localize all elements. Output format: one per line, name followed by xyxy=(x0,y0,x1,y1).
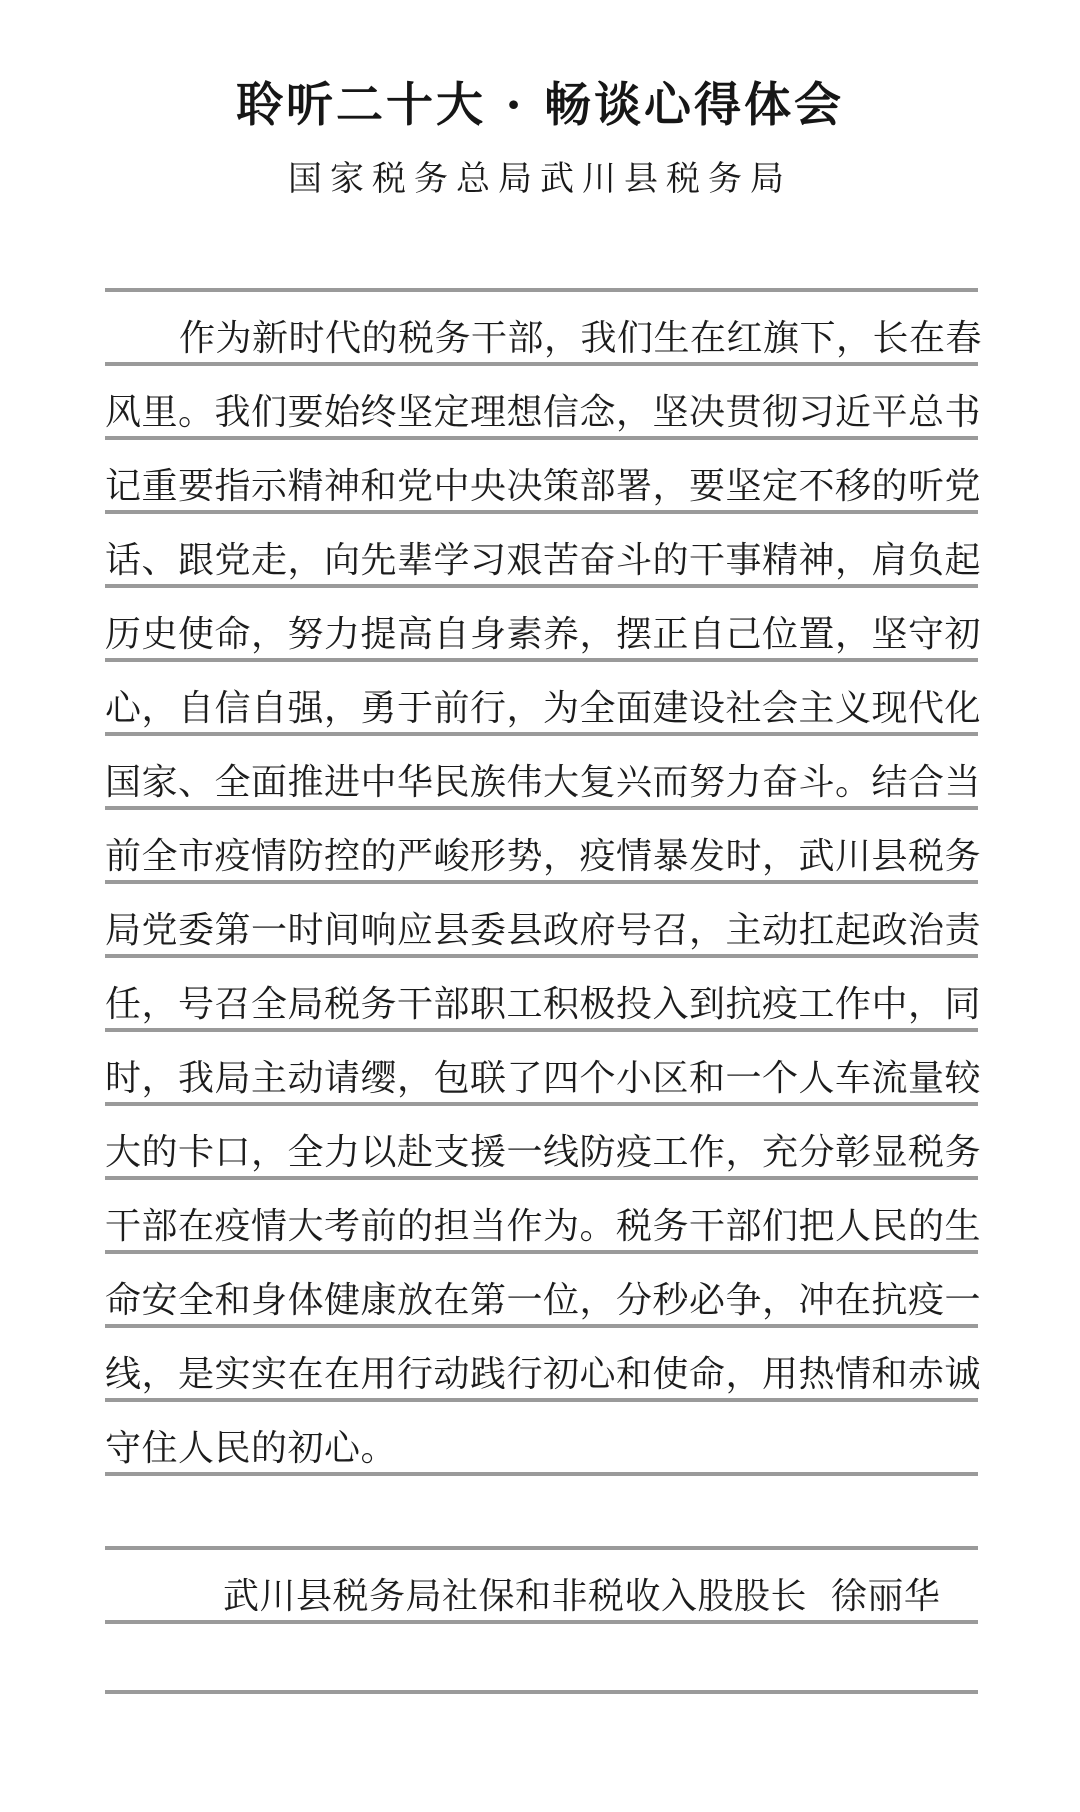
ruled-line: 干部在疫情大考前的担当作为。税务干部们把人民的生 xyxy=(105,1176,978,1250)
ruled-line: 心，自信自强，勇于前行，为全面建设社会主义现代化 xyxy=(105,658,978,732)
ruled-line: 前全市疫情防控的严峻形势，疫情暴发时，武川县税务 xyxy=(105,806,978,880)
line-text: 风里。我们要始终坚定理想信念，坚决贯彻习近平总书 xyxy=(105,391,978,436)
line-text: 国家、全面推进中华民族伟大复兴而努力奋斗。结合当 xyxy=(105,761,978,806)
line-text: 守住人民的初心。 xyxy=(105,1427,978,1472)
ruled-line-blank xyxy=(105,1472,978,1546)
line-text: 历史使命，努力提高自身素养，摆正自己位置，坚守初 xyxy=(105,613,978,658)
line-text: 命安全和身体健康放在第一位，分秒必争，冲在抗疫一 xyxy=(105,1279,978,1324)
line-text: 话、跟党走，向先辈学习艰苦奋斗的干事精神，肩负起 xyxy=(105,539,978,584)
ruled-line: 任，号召全局税务干部职工积极投入到抗疫工作中，同 xyxy=(105,954,978,1028)
ruled-line: 作为新时代的税务干部，我们生在红旗下，长在春 xyxy=(105,288,978,362)
line-text: 局党委第一时间响应县委县政府号召，主动扛起政治责 xyxy=(105,909,978,954)
line-text: 作为新时代的税务干部，我们生在红旗下，长在春 xyxy=(105,317,978,362)
ruled-line: 话、跟党走，向先辈学习艰苦奋斗的干事精神，肩负起 xyxy=(105,510,978,584)
ruled-line-signature: 武川县税务局社保和非税收入股股长 徐丽华 xyxy=(105,1546,978,1620)
ruled-line: 国家、全面推进中华民族伟大复兴而努力奋斗。结合当 xyxy=(105,732,978,806)
signature-line: 武川县税务局社保和非税收入股股长 徐丽华 xyxy=(105,1575,978,1620)
ruled-line: 时，我局主动请缨，包联了四个小区和一个人车流量较 xyxy=(105,1028,978,1102)
line-text: 时，我局主动请缨，包联了四个小区和一个人车流量较 xyxy=(105,1057,978,1102)
line-text: 心，自信自强，勇于前行，为全面建设社会主义现代化 xyxy=(105,687,978,732)
line-text: 线，是实实在在用行动践行初心和使命，用热情和赤诚 xyxy=(105,1353,978,1398)
line-text: 大的卡口，全力以赴支援一线防疫工作，充分彰显税务 xyxy=(105,1131,978,1176)
ruled-paper: 作为新时代的税务干部，我们生在红旗下，长在春 风里。我们要始终坚定理想信念，坚决… xyxy=(105,288,978,1694)
ruled-line: 局党委第一时间响应县委县政府号召，主动扛起政治责 xyxy=(105,880,978,954)
ruled-line-blank xyxy=(105,1620,978,1694)
ruled-line: 风里。我们要始终坚定理想信念，坚决贯彻习近平总书 xyxy=(105,362,978,436)
ruled-line: 守住人民的初心。 xyxy=(105,1398,978,1472)
page-subtitle: 国家税务总局武川县税务局 xyxy=(0,156,1080,202)
line-text: 干部在疫情大考前的担当作为。税务干部们把人民的生 xyxy=(105,1205,978,1250)
ruled-line: 大的卡口，全力以赴支援一线防疫工作，充分彰显税务 xyxy=(105,1102,978,1176)
ruled-line: 记重要指示精神和党中央决策部署，要坚定不移的听党 xyxy=(105,436,978,510)
line-text: 任，号召全局税务干部职工积极投入到抗疫工作中，同 xyxy=(105,983,978,1028)
document-page: 聆听二十大 · 畅谈心得体会 国家税务总局武川县税务局 作为新时代的税务干部，我… xyxy=(0,0,1080,1812)
ruled-line: 命安全和身体健康放在第一位，分秒必争，冲在抗疫一 xyxy=(105,1250,978,1324)
ruled-line: 线，是实实在在用行动践行初心和使命，用热情和赤诚 xyxy=(105,1324,978,1398)
ruled-line: 历史使命，努力提高自身素养，摆正自己位置，坚守初 xyxy=(105,584,978,658)
line-text: 记重要指示精神和党中央决策部署，要坚定不移的听党 xyxy=(105,465,978,510)
line-text: 前全市疫情防控的严峻形势，疫情暴发时，武川县税务 xyxy=(105,835,978,880)
page-title: 聆听二十大 · 畅谈心得体会 xyxy=(0,76,1080,136)
